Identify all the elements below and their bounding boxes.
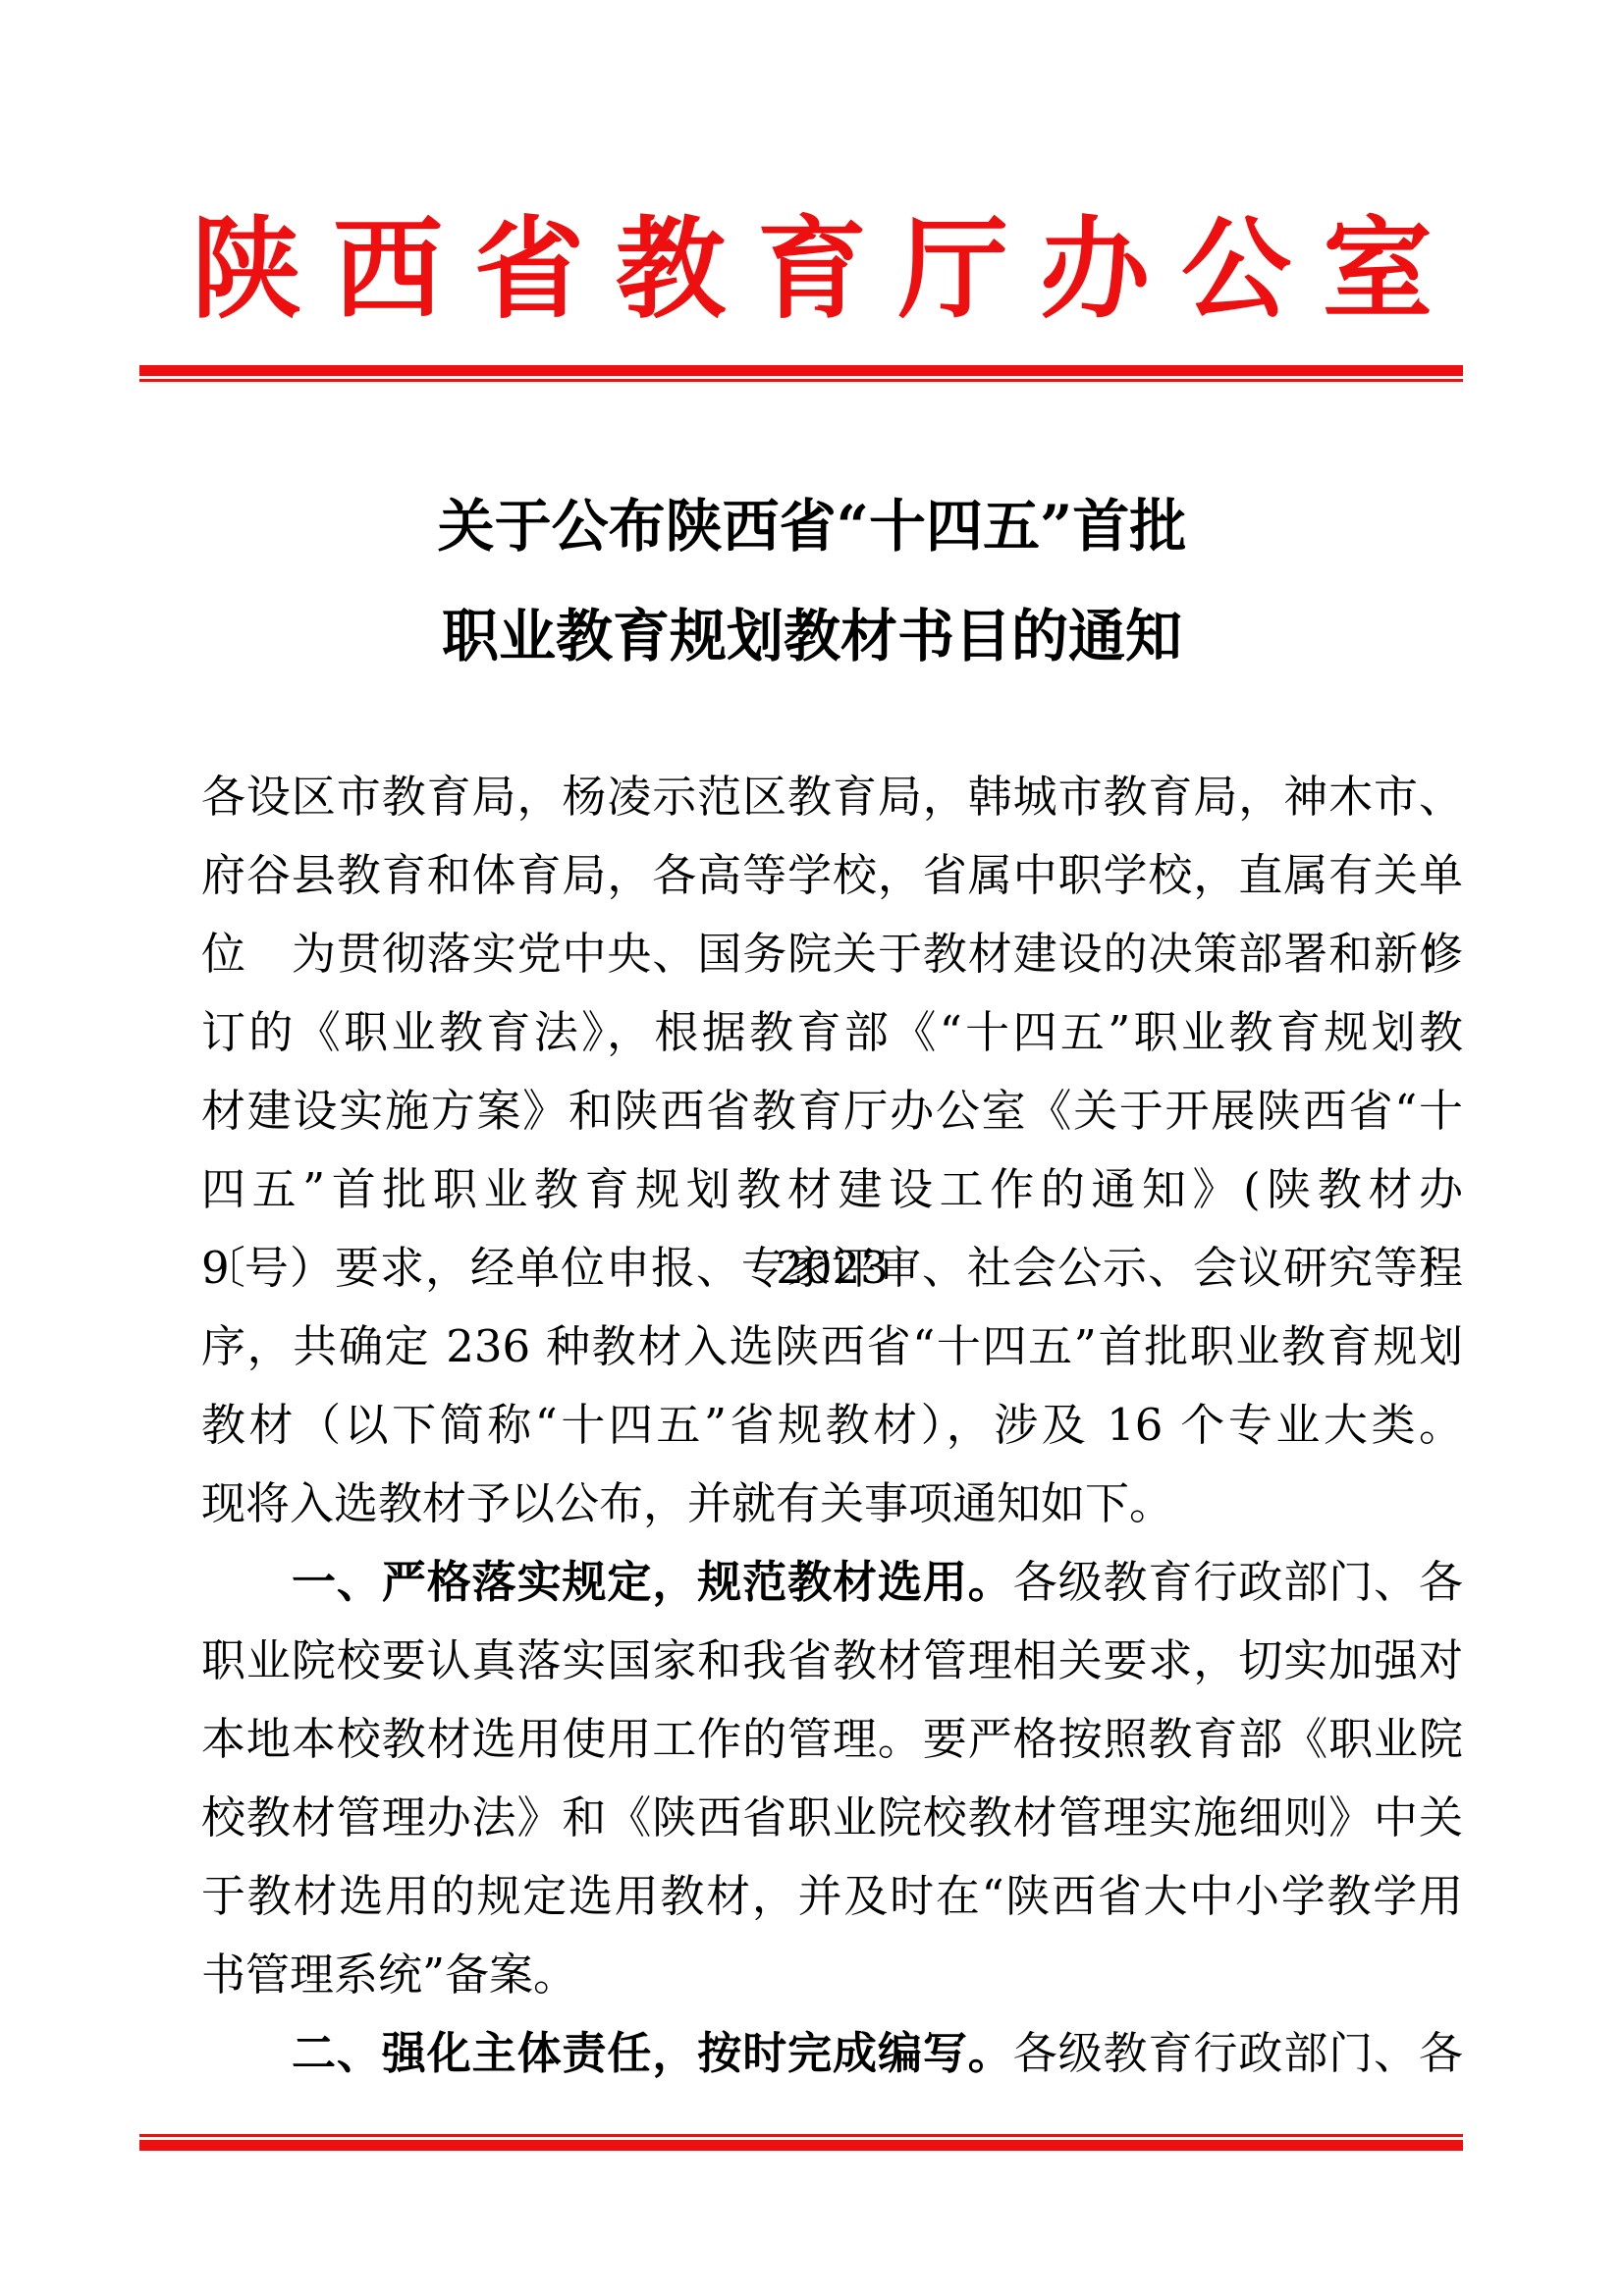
body-line-text: 各级教育行政部门、各 — [1013, 1556, 1463, 1608]
body-line-text: 各级教育行政部门、各 — [1013, 2027, 1463, 2079]
body-line-text: 职业院校要认真落实国家和我省教材管理相关要求，切实加强对 — [201, 1634, 1463, 1686]
body-line: 二、强化主体责任，按时完成编写。各级教育行政部门、各 — [201, 2014, 1463, 2093]
body-line: 现将入选教材予以公布，并就有关事项通知如下。 — [201, 1465, 1463, 1543]
body-line: 各设区市教育局，杨凌示范区教育局，韩城市教育局，神木市、 — [201, 758, 1463, 836]
body-line-text: 现将入选教材予以公布，并就有关事项通知如下。 — [201, 1477, 1173, 1529]
body-line: 序，共确定 236 种教材入选陕西省“十四五”首批职业教育规划 — [201, 1308, 1463, 1386]
body-line: 为贯彻落实党中央、国务院关于教材建设的决策部署和新修 — [201, 915, 1463, 993]
body-line-text: 材建设实施方案》和陕西省教育厅办公室《关于开展陕西省“十 — [201, 1085, 1463, 1137]
body-line-bold-lead: 一、严格落实规定，规范教材选用。 — [292, 1556, 1013, 1608]
letterhead-org-title: 陕西省教育厅办公室 — [0, 196, 1624, 344]
red-rule-bottom-thick — [139, 2140, 1463, 2151]
document-title-line2: 职业教育规划教材书目的通知 — [0, 581, 1624, 691]
body-line-text: 教材（以下简称“十四五”省规教材），涉及 16 个专业大类。 — [201, 1399, 1463, 1451]
body-line-text: 订的《职业教育法》，根据教育部《“十四五”职业教育规划教 — [201, 1006, 1463, 1058]
body-line: 四五”首批职业教育规划教材建设工作的通知》(陕教材办〔2023〕 — [201, 1150, 1463, 1229]
body-line-text: 各设区市教育局，杨凌示范区教育局，韩城市教育局，神木市、 — [201, 771, 1463, 823]
body-line: 书管理系统”备案。 — [201, 1936, 1463, 2014]
document-title-line1: 关于公布陕西省“十四五”首批 — [0, 471, 1624, 581]
body-line-text: 9 号）要求，经单位申报、专家评审、社会公示、会议研究等程 — [201, 1242, 1463, 1294]
red-rule-top-thin — [139, 379, 1463, 382]
body-line: 材建设实施方案》和陕西省教育厅办公室《关于开展陕西省“十 — [201, 1072, 1463, 1150]
body-line-bold-lead: 二、强化主体责任，按时完成编写。 — [292, 2027, 1013, 2079]
body-line-text: 本地本校教材选用使用工作的管理。要严格按照教育部《职业院 — [201, 1713, 1463, 1765]
body-line: 本地本校教材选用使用工作的管理。要严格按照教育部《职业院 — [201, 1700, 1463, 1779]
body-line: 教材（以下简称“十四五”省规教材），涉及 16 个专业大类。 — [201, 1386, 1463, 1465]
body-line-text: 于教材选用的规定选用教材，并及时在“陕西省大中小学教学用 — [201, 1870, 1463, 1922]
body-line: 职业院校要认真落实国家和我省教材管理相关要求，切实加强对 — [201, 1622, 1463, 1700]
body-line: 于教材选用的规定选用教材，并及时在“陕西省大中小学教学用 — [201, 1857, 1463, 1936]
body-line: 订的《职业教育法》，根据教育部《“十四五”职业教育规划教 — [201, 993, 1463, 1072]
body-line: 校教材管理办法》和《陕西省职业院校教材管理实施细则》中关 — [201, 1779, 1463, 1857]
body-line-text: 书管理系统”备案。 — [201, 1949, 577, 2001]
document-title: 关于公布陕西省“十四五”首批 职业教育规划教材书目的通知 — [0, 471, 1624, 691]
red-rule-bottom-thin — [139, 2134, 1463, 2137]
body-line: 一、严格落实规定，规范教材选用。各级教育行政部门、各 — [201, 1543, 1463, 1622]
body-line-text: 序，共确定 236 种教材入选陕西省“十四五”首批职业教育规划 — [201, 1320, 1463, 1372]
body-line: 府谷县教育和体育局，各高等学校，省属中职学校，直属有关单位： — [201, 836, 1463, 915]
body-line-text: 校教材管理办法》和《陕西省职业院校教材管理实施细则》中关 — [201, 1791, 1463, 1843]
document-body: 各设区市教育局，杨凌示范区教育局，韩城市教育局，神木市、府谷县教育和体育局，各高… — [201, 758, 1463, 2093]
body-line: 9 号）要求，经单位申报、专家评审、社会公示、会议研究等程 — [201, 1229, 1463, 1308]
body-line-text: 为贯彻落实党中央、国务院关于教材建设的决策部署和新修 — [292, 928, 1463, 980]
red-rule-top-thick — [139, 365, 1463, 376]
document-page: 陕西省教育厅办公室 关于公布陕西省“十四五”首批 职业教育规划教材书目的通知 各… — [0, 0, 1624, 2296]
